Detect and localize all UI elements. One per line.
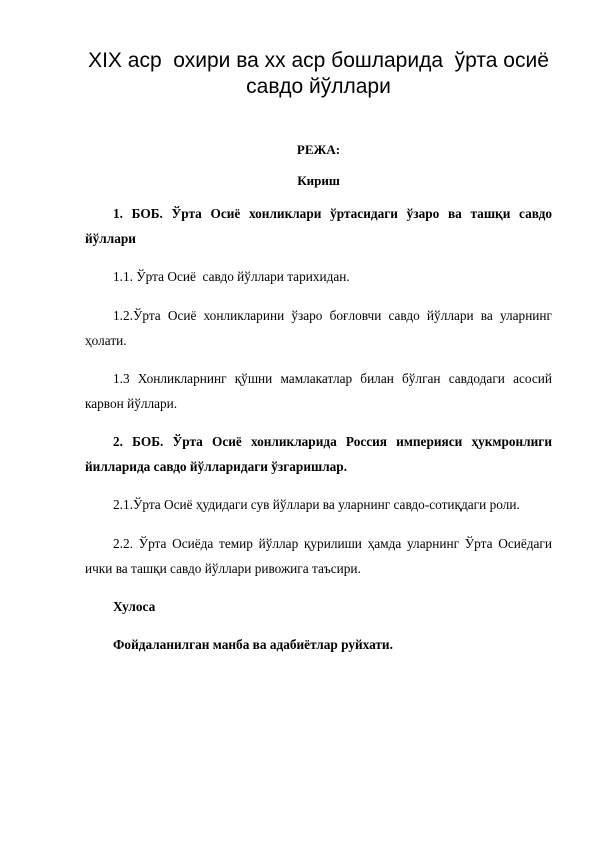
plan-item-conclusion: Хулоса — [85, 594, 552, 619]
plan-item-1-2: 1.2.Ўрта Осиё хонликларини ўзаро боғловч… — [85, 303, 552, 353]
document-title: XIX аср охири ва хх аср бошларида ўрта о… — [85, 48, 552, 100]
plan-item-2-1: 2.1.Ўрта Осиё ҳудидаги сув йўллари ва ул… — [85, 492, 552, 517]
plan-item-bibliography: Фойдаланилган манба ва адабиётлар руйхат… — [85, 632, 552, 657]
document-page: XIX аср охири ва хх аср бошларида ўрта о… — [85, 48, 552, 671]
plan-item-chapter-2: 2. БОБ. Ўрта Осиё хонликларида Россия им… — [85, 429, 552, 479]
plan-list: 1. БОБ. Ўрта Осиё хонликлари ўртасидаги … — [85, 201, 552, 657]
plan-item-2-2: 2.2. Ўрта Осиёда темир йўллар қурилиши ҳ… — [85, 531, 552, 581]
intro-heading: Кириш — [85, 171, 552, 191]
plan-item-1-3: 1.3 Хонликларнинг қўшни мамлакатлар била… — [85, 366, 552, 416]
plan-item-chapter-1: 1. БОБ. Ўрта Осиё хонликлари ўртасидаги … — [85, 201, 552, 251]
plan-item-1-1: 1.1. Ўрта Осиё савдо йўллари тарихидан. — [85, 264, 552, 289]
plan-heading: РЕЖА: — [85, 140, 552, 160]
